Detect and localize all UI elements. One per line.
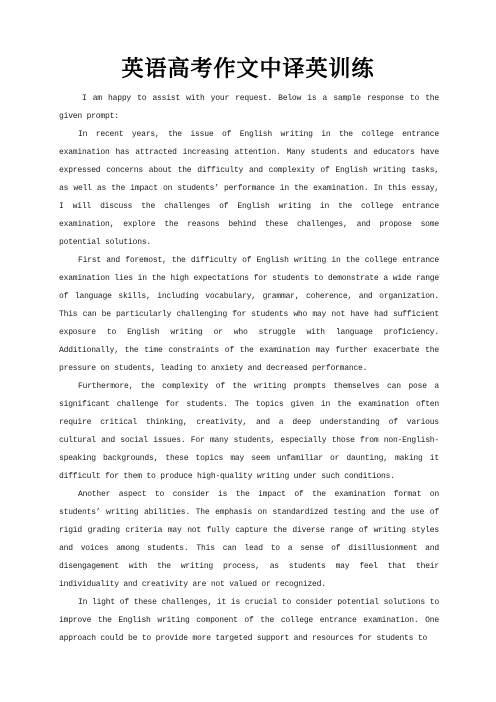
document-title: 英语高考作文中译英训练	[0, 52, 496, 83]
paragraph-intro: I am happy to assist with your request. …	[59, 90, 439, 126]
paragraph-background: In recent years, the issue of English wr…	[59, 126, 439, 252]
paragraph-exam-format: Another aspect to consider is the impact…	[59, 486, 439, 594]
paragraph-prompt-complexity: Furthermore, the complexity of the writi…	[59, 378, 439, 486]
paragraph-solutions: In light of these challenges, it is cruc…	[59, 594, 439, 648]
document-body: I am happy to assist with your request. …	[59, 90, 439, 648]
document-page: 英语高考作文中译英训练 I am happy to assist with yo…	[0, 0, 496, 702]
paragraph-difficulty: First and foremost, the difficulty of En…	[59, 252, 439, 378]
